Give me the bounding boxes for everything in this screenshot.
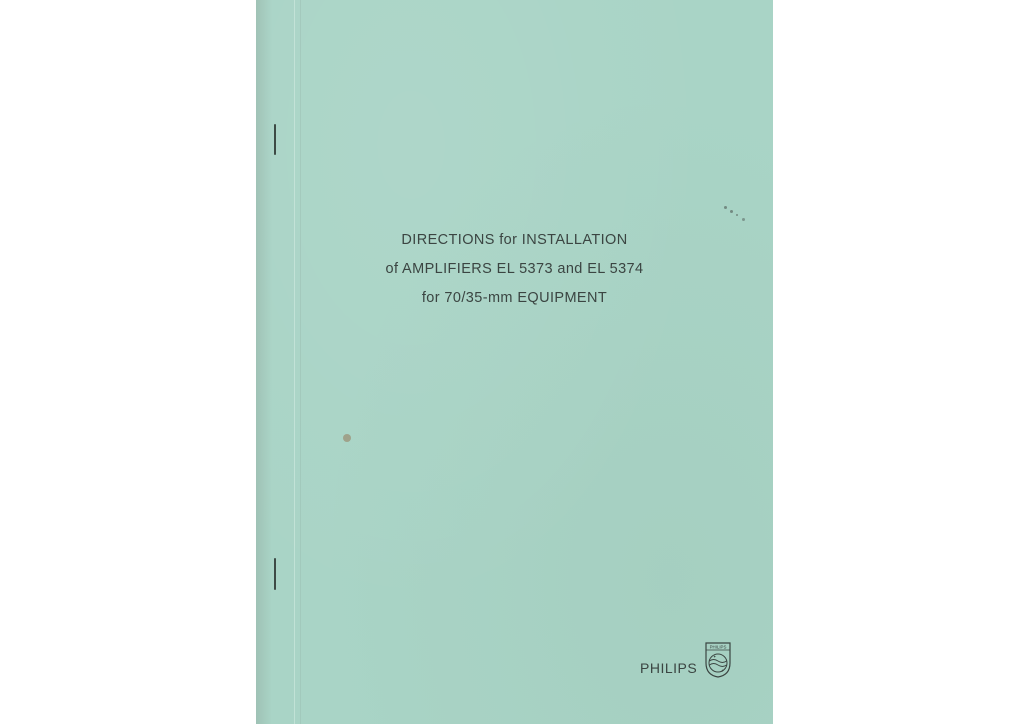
staple-top <box>274 124 276 155</box>
speck <box>736 214 738 216</box>
document-cover: DIRECTIONS for INSTALLATION of AMPLIFIER… <box>256 0 773 724</box>
title-line-1: DIRECTIONS for INSTALLATION <box>256 226 773 255</box>
speck <box>724 206 727 209</box>
brand-name: PHILIPS <box>640 660 697 676</box>
speck <box>742 218 745 221</box>
document-title: DIRECTIONS for INSTALLATION of AMPLIFIER… <box>256 226 773 313</box>
speck <box>730 210 733 213</box>
binding-shadow <box>256 0 272 724</box>
svg-text:PHILIPS: PHILIPS <box>710 645 727 650</box>
fold-line <box>294 0 295 724</box>
fold-line-secondary <box>300 0 301 724</box>
philips-shield-icon: PHILIPS ✦ ✦ <box>704 641 732 679</box>
staple-bottom <box>274 558 276 590</box>
title-line-3: for 70/35-mm EQUIPMENT <box>256 284 773 313</box>
stain-spot <box>343 434 351 442</box>
title-line-2: of AMPLIFIERS EL 5373 and EL 5374 <box>256 255 773 284</box>
svg-text:✦: ✦ <box>713 654 717 659</box>
